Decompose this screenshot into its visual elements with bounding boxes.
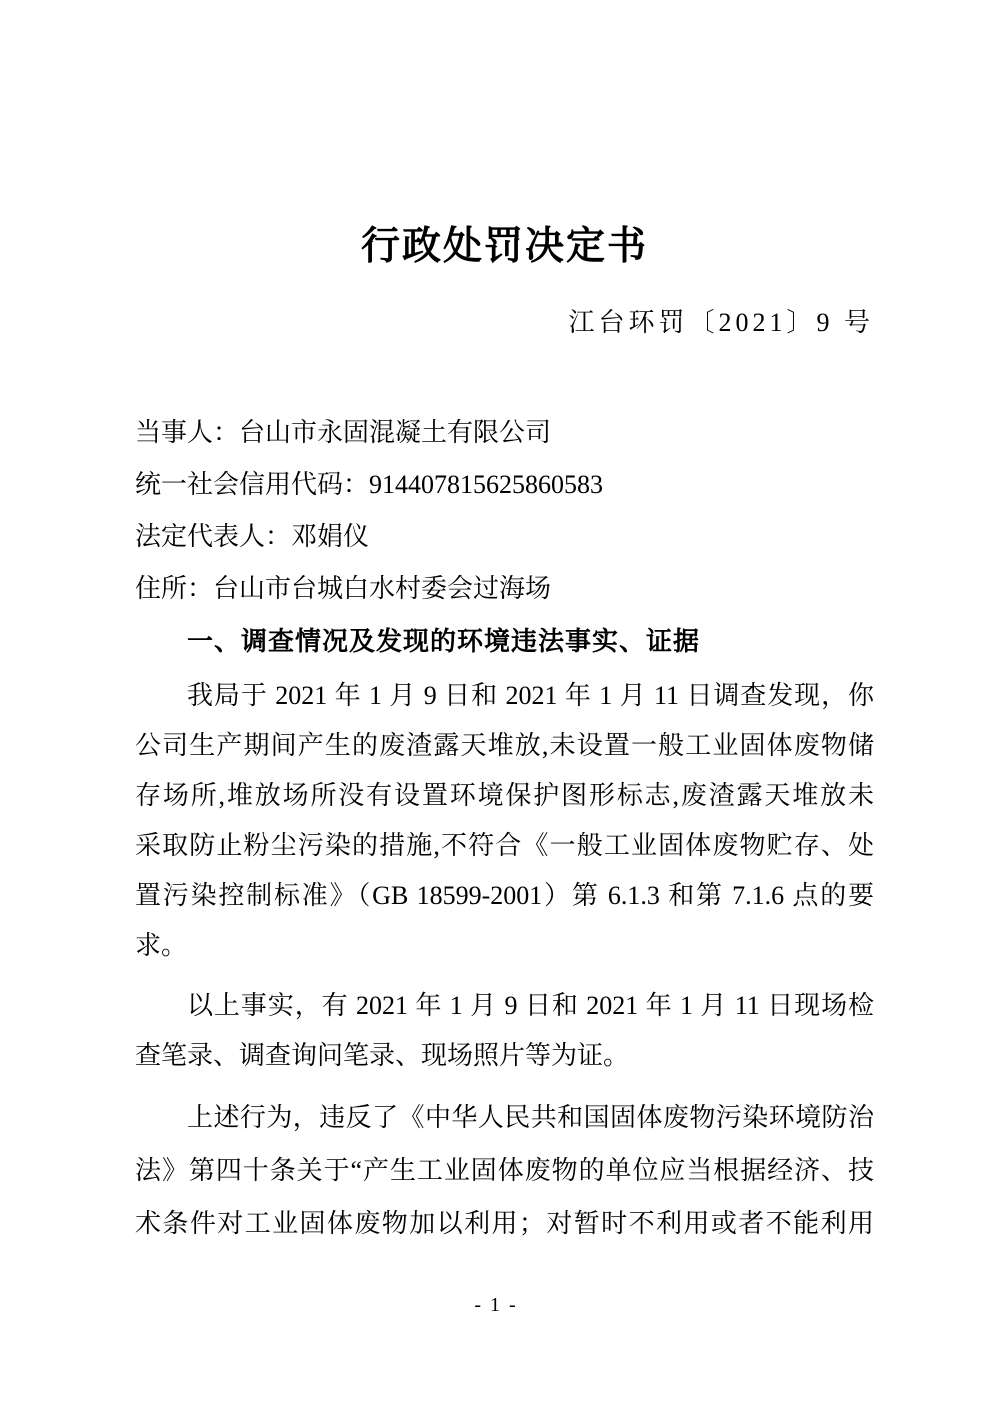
text-line: 以上事实，有 2021 年 1 月 9 日和 2021 年 1 月 11 日现场…	[135, 981, 874, 1031]
document-number: 江台环罚〔2021〕9 号	[135, 306, 874, 340]
body-paragraphs: 我局于 2021 年 1 月 9 日和 2021 年 1 月 11 日调查发现，…	[135, 671, 874, 1250]
document-title: 行政处罚决定书	[135, 0, 874, 272]
text-line: 上述行为，违反了《中华人民共和国固体废物污染环境防治	[135, 1091, 874, 1144]
document-page: 行政处罚决定书 江台环罚〔2021〕9 号 当事人：台山市永固混凝土有限公司 统…	[0, 0, 992, 1403]
party-row-credit-code: 统一社会信用代码：914407815625860583	[135, 459, 874, 511]
section-heading-investigation: 一、调查情况及发现的环境违法事实、证据	[135, 615, 874, 667]
party-value: 台山市永固混凝土有限公司	[239, 418, 551, 447]
text-line: 法》第四十条关于“产生工业固体废物的单位应当根据经济、技	[135, 1144, 874, 1197]
text-line: 查笔录、调查询问笔录、现场照片等为证。	[135, 1031, 874, 1081]
party-value: 台山市台城白水村委会过海场	[213, 574, 551, 603]
paragraph-findings: 我局于 2021 年 1 月 9 日和 2021 年 1 月 11 日调查发现，…	[135, 671, 874, 971]
party-label: 法定代表人：	[135, 522, 291, 551]
paragraph-violation: 上述行为，违反了《中华人民共和国固体废物污染环境防治 法》第四十条关于“产生工业…	[135, 1091, 874, 1250]
paragraph-evidence: 以上事实，有 2021 年 1 月 9 日和 2021 年 1 月 11 日现场…	[135, 981, 874, 1081]
page-number: - 1 -	[0, 1294, 992, 1317]
text-line: 采取防止粉尘污染的措施,不符合《一般工业固体废物贮存、处	[135, 821, 874, 871]
text-line: 公司生产期间产生的废渣露天堆放,未设置一般工业固体废物储	[135, 721, 874, 771]
party-value: 914407815625860583	[369, 470, 603, 499]
document-content: 行政处罚决定书 江台环罚〔2021〕9 号 当事人：台山市永固混凝土有限公司 统…	[0, 0, 992, 1250]
party-label: 住所：	[135, 574, 213, 603]
party-label: 统一社会信用代码：	[135, 470, 369, 499]
party-label: 当事人：	[135, 418, 239, 447]
party-row-legal-representative: 法定代表人：邓娟仪	[135, 511, 874, 563]
text-line: 求。	[135, 921, 874, 971]
party-info-block: 当事人：台山市永固混凝土有限公司 统一社会信用代码：91440781562586…	[135, 407, 874, 615]
text-line: 我局于 2021 年 1 月 9 日和 2021 年 1 月 11 日调查发现，…	[135, 671, 874, 721]
text-line: 存场所,堆放场所没有设置环境保护图形标志,废渣露天堆放未	[135, 771, 874, 821]
party-row-address: 住所：台山市台城白水村委会过海场	[135, 563, 874, 615]
text-line: 置污染控制标准》（GB 18599-2001）第 6.1.3 和第 7.1.6 …	[135, 871, 874, 921]
party-value: 邓娟仪	[291, 522, 369, 551]
text-line: 术条件对工业固体废物加以利用；对暂时不利用或者不能利用	[135, 1197, 874, 1250]
party-row-name: 当事人：台山市永固混凝土有限公司	[135, 407, 874, 459]
